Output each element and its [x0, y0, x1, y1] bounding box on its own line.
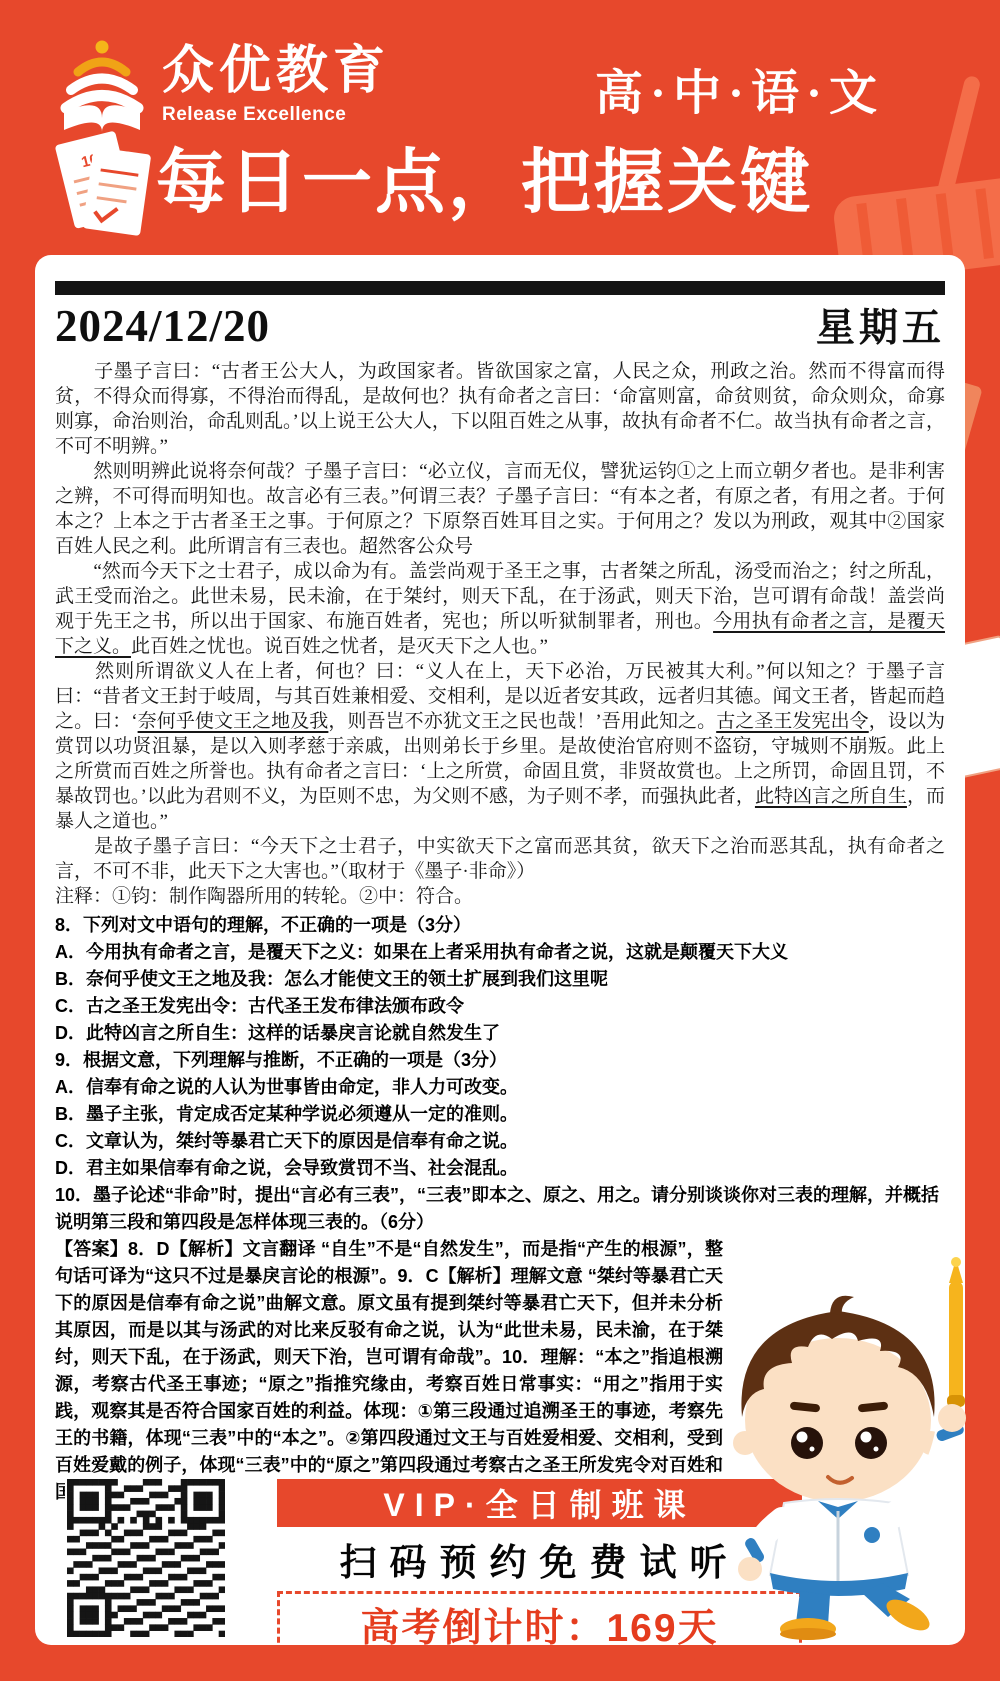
- passage-notes: 注释：①钧：制作陶器所用的转轮。②中：符合。: [55, 884, 945, 909]
- passage-segment: 此百姓之忧也。说百姓之忧者，是灭天下之人也。”: [131, 636, 548, 657]
- underlined-phrase: 古之圣王发宪出令: [716, 711, 869, 732]
- question-option: B．奈何乎使文王之地及我：怎么才能使文王的领土扩展到我们这里呢: [55, 966, 945, 993]
- logo-name: 众优教育: [162, 44, 390, 99]
- date-row: 2024/12/20 星期五: [55, 297, 945, 353]
- question-option: C．文章认为，桀纣等暴君亡天下的原因是信奉有命之说。: [55, 1128, 945, 1155]
- passage-paragraph: 然则明辨此说将奈何哉？子墨子言曰：“必立仪，言而无仪，譬犹运钧①之上而立朝夕者也…: [55, 459, 945, 559]
- passage-paragraph: “然而今天下之士君子，成以命为有。盖尝尚观于圣王之事，古者桀之所乱，汤受而治之；…: [55, 559, 945, 659]
- date: 2024/12/20: [55, 300, 270, 352]
- question-stem: 8．下列对文中语句的理解，不正确的一项是（3分）: [55, 912, 945, 939]
- passage-segment: ，则吾岂不亦犹文王之民也哉！’吾用此知之。: [328, 711, 716, 732]
- passage: 子墨子言曰：“古者王公大人，为政国家者。皆欲国家之富，人民之众，刑政之治。然而不…: [55, 359, 945, 884]
- brush-icon: [947, 1257, 965, 1409]
- question-option: D．君主如果信奉有命之说，会导致赏罚不当、社会混乱。: [55, 1155, 945, 1182]
- question-option: D．此特凶言之所自生：这样的话暴戾言论就自然发生了: [55, 1020, 945, 1047]
- brand-logo: 众优教育 Release Excellence: [58, 38, 390, 132]
- qr-code: [67, 1479, 225, 1637]
- passage-segment: 是故子墨子言曰：“今天下之士君子，中实欲天下之富而恶其贫，欲天下之治而恶其乱，执…: [55, 836, 945, 882]
- subject-title: 高·中·语·文: [595, 54, 884, 123]
- passage-segment: 子墨子言曰：“古者王公大人，为政国家者。皆欲国家之富，人民之众，刑政之治。然而不…: [55, 361, 945, 457]
- papers-icon: 100: [50, 120, 154, 244]
- weekday: 星期五: [816, 297, 945, 353]
- question-option: A．今用执有命者之言，是覆天下之义：如果在上者采用执有命者之说，这就是颠覆天下大…: [55, 939, 945, 966]
- poster: 众优教育 Release Excellence 高·中·语·文 100 每日一点…: [0, 0, 1000, 1681]
- question-stem: 9．根据文意，下列理解与推断，不正确的一项是（3分）: [55, 1047, 945, 1074]
- question-stem: 10．墨子论述“非命”时，提出“言必有三表”，“三表”即本之、原之、用之。请分别…: [55, 1182, 945, 1236]
- questions: 8．下列对文中语句的理解，不正确的一项是（3分）A．今用执有命者之言，是覆天下之…: [55, 912, 945, 1236]
- slogan-banner: 100 每日一点，把握关键: [50, 120, 813, 244]
- slogan-text: 每日一点，把握关键: [156, 122, 813, 242]
- passage-paragraph: 然则所谓欲义人在上者，何也？曰：“义人在上，天下必治，万民被其大利。”何以知之？…: [55, 659, 945, 834]
- mascot: [712, 1255, 1000, 1640]
- question-option: B．墨子主张，肯定成否定某种学说必须遵从一定的准则。: [55, 1101, 945, 1128]
- divider-bar: [55, 281, 945, 295]
- answer-text: 【答案】8．D【解析】文言翻译 “自生”不是“自然发生”，而是指“产生的根源”，…: [55, 1239, 723, 1502]
- question-option: A．信奉有命之说的人认为世事皆由命定，非人力可改变。: [55, 1074, 945, 1101]
- book-logo-icon: [58, 38, 146, 132]
- question-option: C．古之圣王发宪出令：古代圣王发布律法颁布政令: [55, 993, 945, 1020]
- passage-segment: 然则明辨此说将奈何哉？子墨子言曰：“必立仪，言而无仪，譬犹运钧①之上而立朝夕者也…: [55, 461, 945, 557]
- passage-paragraph: 是故子墨子言曰：“今天下之士君子，中实欲天下之富而恶其贫，欲天下之治而恶其乱，执…: [55, 834, 945, 884]
- underlined-phrase: 奈何乎使文王之地及我: [138, 711, 329, 732]
- underlined-phrase: 此特凶言之所自生: [755, 786, 907, 807]
- passage-paragraph: 子墨子言曰：“古者王公大人，为政国家者。皆欲国家之富，人民之众，刑政之治。然而不…: [55, 359, 945, 459]
